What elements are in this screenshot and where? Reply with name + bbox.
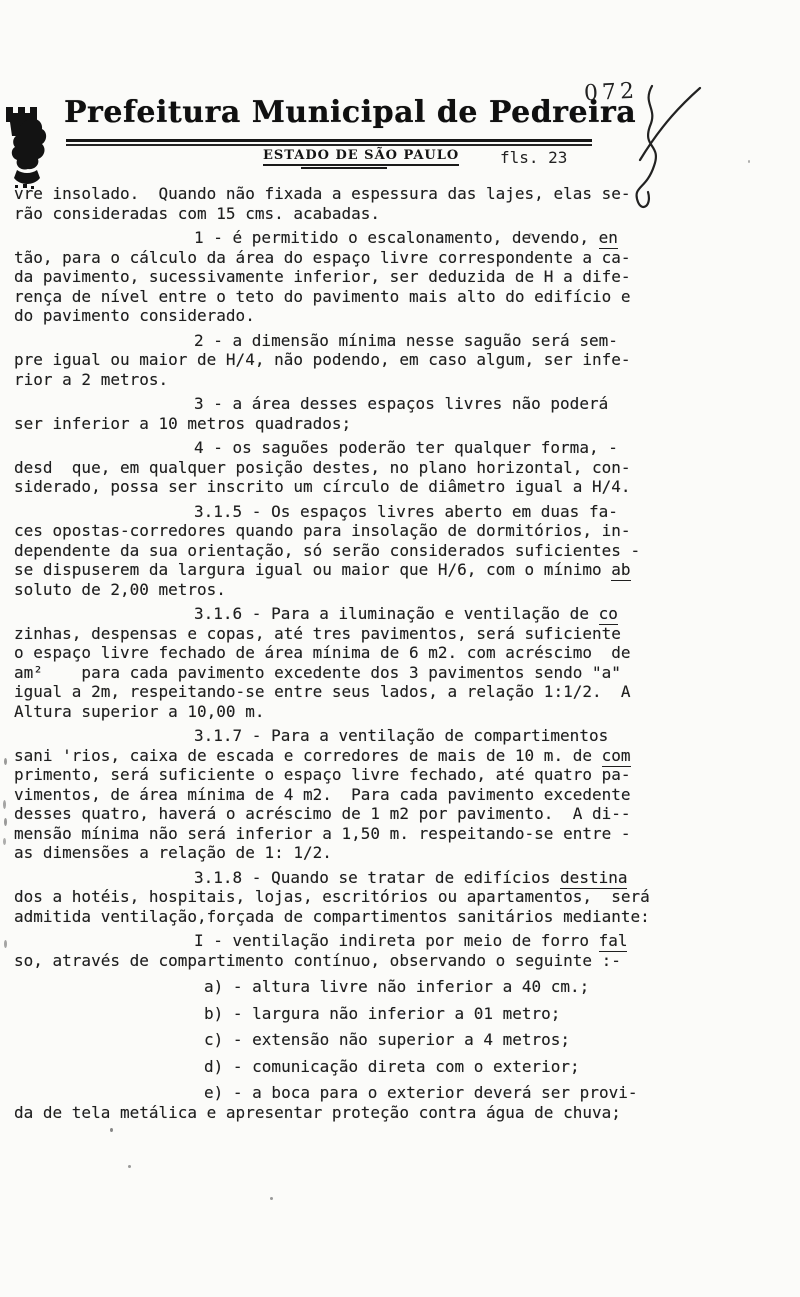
- text-line: am² para cada pavimento excedente dos 3 …: [14, 663, 714, 683]
- text-line: 3.1.5 - Os espaços livres aberto em duas…: [14, 502, 714, 522]
- paragraph: e) - a boca para o exterior deverá ser p…: [14, 1083, 714, 1122]
- text-line: e) - a boca para o exterior deverá ser p…: [14, 1083, 714, 1103]
- text-line: sani 'rios, caixa de escada e corredores…: [14, 746, 714, 766]
- text-line: da de tela metálica e apresentar proteçã…: [14, 1103, 714, 1123]
- text-line: c) - extensão não superior a 4 metros;: [14, 1030, 714, 1050]
- text-line: ces opostas-corredores quando para insol…: [14, 521, 714, 541]
- hyphenation-underline: en: [599, 228, 618, 249]
- text-line: zinhas, despensas e copas, até tres pavi…: [14, 624, 714, 644]
- paragraph: 3.1.8 - Quando se tratar de edifícios de…: [14, 868, 714, 927]
- text-line: o espaço livre fechado de área mínima de…: [14, 643, 714, 663]
- text-line: siderado, possa ser inscrito um círculo …: [14, 477, 714, 497]
- text-line: soluto de 2,00 metros.: [14, 580, 714, 600]
- text-line: rão consideradas com 15 cms. acabadas.: [14, 204, 714, 224]
- text-line: ser inferior a 10 metros quadrados;: [14, 414, 714, 434]
- text-line: 3 - a área desses espaços livres não pod…: [14, 394, 714, 414]
- title-rule-top: [66, 139, 592, 142]
- paragraph: 3 - a área desses espaços livres não pod…: [14, 394, 714, 433]
- text-line: se dispuserem da largura igual ou maior …: [14, 560, 714, 580]
- hyphenation-underline: com: [602, 746, 631, 767]
- paragraph: 2 - a dimensão mínima nesse saguão será …: [14, 331, 714, 390]
- text-line: as dimensões a relação de 1: 1/2.: [14, 843, 714, 863]
- text-line: tão, para o cálculo da área do espaço li…: [14, 248, 714, 268]
- text-line: Altura superior a 10,00 m.: [14, 702, 714, 722]
- text-line: 2 - a dimensão mínima nesse saguão será …: [14, 331, 714, 351]
- paragraph: 4 - os saguões poderão ter qualquer form…: [14, 438, 714, 497]
- page-title: Prefeitura Municipal de Pedreira: [64, 95, 624, 130]
- text-line: desses quatro, haverá o acréscimo de 1 m…: [14, 804, 714, 824]
- paragraph: 3.1.6 - Para a iluminação e ventilação d…: [14, 604, 714, 721]
- text-line: primento, será suficiente o espaço livre…: [14, 765, 714, 785]
- scan-speck: [3, 838, 6, 845]
- text-line: b) - largura não inferior a 01 metro;: [14, 1004, 714, 1024]
- scan-speck: [4, 818, 7, 826]
- subtitle-double-underline: [301, 167, 387, 169]
- text-line: pre igual ou maior de H/4, não podendo, …: [14, 350, 714, 370]
- hyphenation-underline: destina: [560, 868, 627, 889]
- paragraph: 3.1.5 - Os espaços livres aberto em duas…: [14, 502, 714, 600]
- text-line: vimentos, de área mínima de 4 m2. Para c…: [14, 785, 714, 805]
- document-body: vre insolado. Quando não fixada a espess…: [14, 184, 714, 1122]
- paragraph: c) - extensão não superior a 4 metros;: [14, 1030, 714, 1050]
- text-line: da pavimento, sucessivamente inferior, s…: [14, 267, 714, 287]
- text-line: do pavimento considerado.: [14, 306, 714, 326]
- scan-speck: [4, 940, 7, 948]
- text-line: I - ventilação indireta por meio de forr…: [14, 931, 714, 951]
- text-line: 1 - é permitido o escalonamento, devendo…: [14, 228, 714, 248]
- paragraph: d) - comunicação direta com o exterior;: [14, 1057, 714, 1077]
- paragraph: b) - largura não inferior a 01 metro;: [14, 1004, 714, 1024]
- text-line: desd que, em qualquer posição destes, no…: [14, 458, 714, 478]
- paragraph: I - ventilação indireta por meio de forr…: [14, 931, 714, 970]
- municipal-crest-icon: [3, 100, 55, 194]
- scan-speck: [128, 1165, 131, 1168]
- state-subtitle: ESTADO DE SÃO PAULO: [263, 148, 459, 166]
- hyphenation-underline: co: [599, 604, 618, 625]
- scan-speck: [529, 233, 532, 236]
- paragraph: 1 - é permitido o escalonamento, devendo…: [14, 228, 714, 326]
- folio-number: fls. 23: [500, 148, 567, 167]
- hyphenation-underline: fal: [599, 931, 628, 952]
- text-line: 4 - os saguões poderão ter qualquer form…: [14, 438, 714, 458]
- scan-speck: [270, 1197, 273, 1200]
- text-line: 3.1.8 - Quando se tratar de edifícios de…: [14, 868, 714, 888]
- text-line: dos a hotéis, hospitais, lojas, escritór…: [14, 887, 714, 907]
- paragraph: 3.1.7 - Para a ventilação de compartimen…: [14, 726, 714, 863]
- text-line: 3.1.6 - Para a iluminação e ventilação d…: [14, 604, 714, 624]
- text-line: a) - altura livre não inferior a 40 cm.;: [14, 977, 714, 997]
- scan-speck: [748, 160, 750, 163]
- text-line: igual a 2m, respeitando-se entre seus la…: [14, 682, 714, 702]
- text-line: vre insolado. Quando não fixada a espess…: [14, 184, 714, 204]
- text-line: 3.1.7 - Para a ventilação de compartimen…: [14, 726, 714, 746]
- text-line: admitida ventilação,forçada de compartim…: [14, 907, 714, 927]
- text-line: rença de nível entre o teto do pavimento…: [14, 287, 714, 307]
- paragraph: a) - altura livre não inferior a 40 cm.;: [14, 977, 714, 997]
- scan-speck: [3, 800, 6, 809]
- paragraph: vre insolado. Quando não fixada a espess…: [14, 184, 714, 223]
- hyphenation-underline: ab: [611, 560, 630, 581]
- scan-speck: [110, 1128, 113, 1132]
- text-line: mensão mínima não será inferior a 1,50 m…: [14, 824, 714, 844]
- text-line: dependente da sua orientação, só serão c…: [14, 541, 714, 561]
- scan-speck: [4, 758, 7, 765]
- text-line: so, através de compartimento contínuo, o…: [14, 951, 714, 971]
- text-line: rior a 2 metros.: [14, 370, 714, 390]
- text-line: d) - comunicação direta com o exterior;: [14, 1057, 714, 1077]
- title-rule-bottom: [66, 144, 592, 146]
